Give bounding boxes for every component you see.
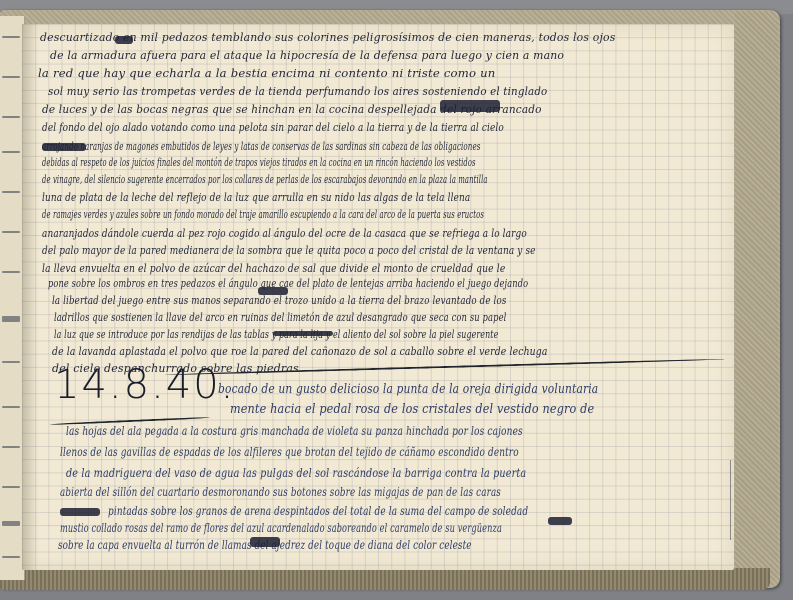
facing-page-scribble (2, 361, 20, 363)
text-line: del fondo del ojo alado votando como una… (42, 120, 504, 134)
text-line: del palo mayor de la pared medianera de … (42, 243, 536, 257)
text-line: de la madriguera del vaso de agua las pu… (66, 466, 526, 480)
text-line: de ramajes verdes y azules sobre un fond… (42, 208, 484, 221)
text-line: anaranjados dándole cuerda al pez rojo c… (42, 226, 527, 240)
crossed-out-word (42, 143, 86, 151)
text-line: mente hacia el pedal rosa de los cristal… (230, 402, 594, 417)
facing-page-scribble (2, 521, 20, 526)
crossed-out-word (548, 517, 572, 525)
text-line: abierta del sillón del cuartario desmoro… (60, 485, 501, 499)
facing-page-scribble (2, 556, 20, 558)
facing-page-scribble (2, 191, 20, 193)
facing-page-scribble (2, 36, 20, 38)
facing-page-scribble (2, 151, 20, 153)
text-line: llenos de las gavillas de espadas de los… (60, 445, 519, 459)
text-line: bocado de un gusto delicioso la punta de… (218, 382, 598, 397)
text-line: ladrillos que sostienen la llave del arc… (54, 310, 506, 324)
text-line: luna de plata de la leche del reflejo de… (42, 190, 470, 204)
text-line: debidas al respeto de los juicios finale… (42, 156, 476, 169)
facing-page-scribble (2, 406, 20, 408)
facing-page-scribble (2, 76, 20, 78)
text-line: de la lavanda aplastada el polvo que roe… (52, 344, 548, 358)
facing-page-scribble (2, 231, 20, 233)
crossed-out-word (258, 287, 288, 295)
facing-page-scribble (2, 486, 20, 488)
text-line: la lleva envuelta en el polvo de azúcar … (42, 261, 505, 275)
entry-date: 14.8.40. (54, 362, 235, 408)
gutter-shadow (22, 24, 38, 570)
crossed-out-word (115, 36, 133, 44)
notebook-cover-edge-bottom (0, 568, 770, 590)
text-line: mustio collado rosas del ramo de flores … (60, 521, 502, 535)
facing-page-scribble (2, 446, 20, 448)
facing-page-scribble (2, 116, 20, 118)
text-line: la red que hay que echarla a la bestia e… (38, 66, 495, 80)
crossed-out-word (250, 537, 280, 547)
text-line: pone sobre los ombros en tres pedazos el… (48, 276, 528, 290)
notebook-cover-edge-right (735, 12, 778, 582)
text-line: la libertad del juego entre sus manos se… (52, 293, 506, 307)
text-line: las hojas del ala pegada a la costura gr… (66, 424, 523, 438)
facing-page-scribble (2, 316, 20, 322)
text-line: de vinagre, del silencio sugerente encer… (42, 173, 488, 186)
text-line: arrojando naranjas de magones embutidos … (42, 140, 481, 153)
crossed-out-word (60, 508, 100, 516)
crossed-out-word (273, 331, 333, 336)
text-line: de la armadura afuera para el ataque la … (50, 48, 564, 62)
text-line: pintadas sobre los granos de arena despi… (108, 504, 528, 518)
margin-mark (730, 460, 731, 540)
crossed-out-word (440, 100, 500, 112)
facing-page-scribble (2, 271, 20, 273)
text-line: sol muy serio las trompetas verdes de la… (48, 84, 547, 98)
